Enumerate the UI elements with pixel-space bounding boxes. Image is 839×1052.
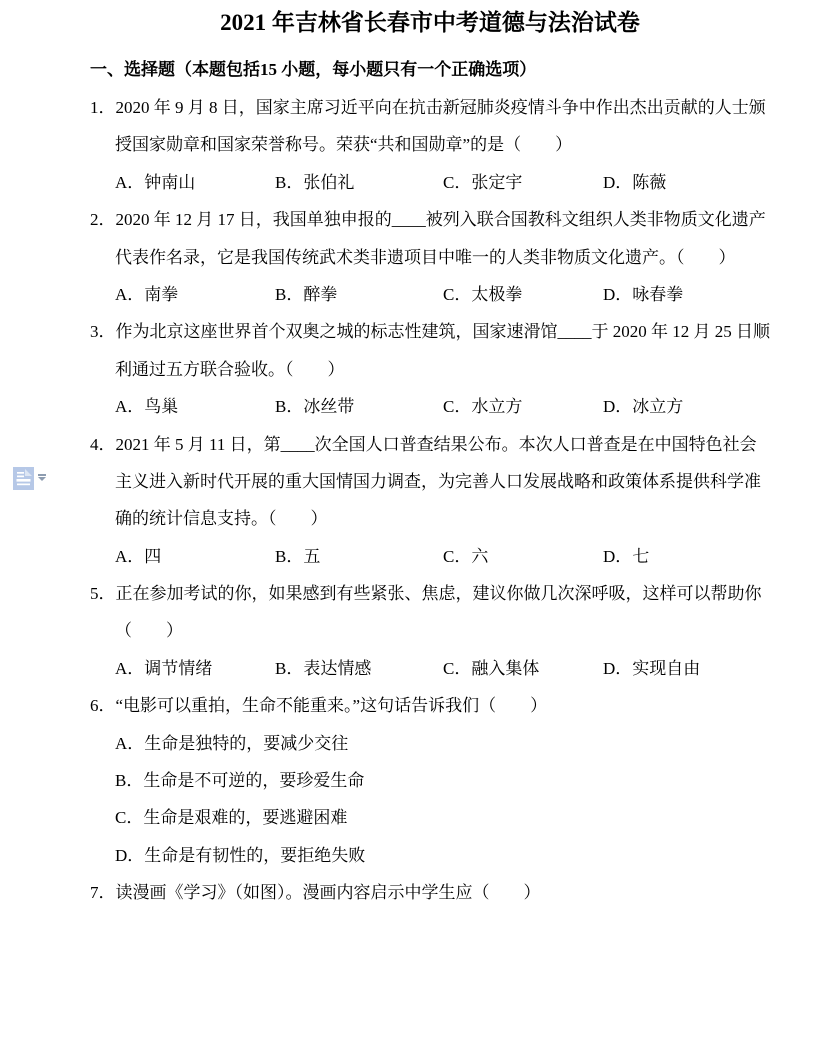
question-4-text: 2021 年 5 月 11 日，第____次全国人口普查结果公布。本次人口普查是… [116,435,757,454]
question-2-line-1: 2．2020 年 12 月 17 日，我国单独申报的____被列入联合国教科文组… [90,201,770,238]
question-6-option-d: D．生命是有韧性的，要拒绝失败 [90,837,770,874]
question-4-options: A．四 B．五 C．六 D．七 [90,538,770,575]
question-2-number: 2． [90,210,116,229]
question-2-options: A．南拳 B．醉拳 C．太极拳 D．咏春拳 [90,276,770,313]
question-6-option-a: A．生命是独特的，要减少交往 [90,725,770,762]
question-4-line-2: 主义进入新时代开展的重大国情国力调查，为完善人口发展战略和政策体系提供科学准 [90,463,770,500]
question-2-option-a: A．南拳 [115,276,275,313]
question-3-option-a: A．鸟巢 [115,388,275,425]
question-4-option-d: D．七 [603,538,770,575]
question-4-number: 4． [90,435,116,454]
question-1-option-d: D．陈薇 [603,164,770,201]
question-5-option-b: B．表达情感 [275,650,443,687]
question-5-number: 5． [90,584,116,603]
page-title: 2021 年吉林省长春市中考道德与法治试卷 [90,8,770,38]
question-6-option-b: B．生命是不可逆的，要珍爱生命 [90,762,770,799]
question-4-line-1: 4．2021 年 5 月 11 日，第____次全国人口普查结果公布。本次人口普… [90,426,770,463]
question-4-option-c: C．六 [443,538,603,575]
question-7-text: 读漫画《学习》（如图）。漫画内容启示中学生应（ ） [116,883,541,902]
question-2-line-2: 代表作名录，它是我国传统武术类非遗项目中唯一的人类非物质文化遗产。（ ） [90,239,770,276]
question-6-line-1: 6．“电影可以重拍，生命不能重来。”这句话告诉我们（ ） [90,687,770,724]
question-7-line-1: 7．读漫画《学习》（如图）。漫画内容启示中学生应（ ） [90,874,770,911]
question-3-line-2: 利通过五方联合验收。（ ） [90,351,770,388]
question-list: 1．2020 年 9 月 8 日，国家主席习近平向在抗击新冠肺炎疫情斗争中作出杰… [90,89,770,912]
question-5-option-a: A．调节情绪 [115,650,275,687]
question-3-text: 作为北京这座世界首个双奥之城的标志性建筑，国家速滑馆____于 2020 年 1… [116,322,771,341]
paste-document-icon [13,467,34,490]
question-2: 2．2020 年 12 月 17 日，我国单独申报的____被列入联合国教科文组… [90,201,770,313]
question-6-number: 6． [90,696,116,715]
question-5-options: A．调节情绪 B．表达情感 C．融入集体 D．实现自由 [90,650,770,687]
question-1-text: 2020 年 9 月 8 日，国家主席习近平向在抗击新冠肺炎疫情斗争中作出杰出贡… [116,98,766,117]
question-5-option-c: C．融入集体 [443,650,603,687]
question-1-line-2: 授国家勋章和国家荣誉称号。荣获“共和国勋章”的是（ ） [90,126,770,163]
question-5-line-2: （ ） [90,612,770,649]
question-2-option-b: B．醉拳 [275,276,443,313]
question-4-option-b: B．五 [275,538,443,575]
question-5-line-1: 5．正在参加考试的你，如果感到有些紧张、焦虑，建议你做几次深呼吸，这样可以帮助你 [90,575,770,612]
question-3-number: 3． [90,322,116,341]
question-5-option-d: D．实现自由 [603,650,770,687]
question-7: 7．读漫画《学习》（如图）。漫画内容启示中学生应（ ） [90,874,770,911]
question-1-number: 1． [90,98,116,117]
question-6-text: “电影可以重拍，生命不能重来。”这句话告诉我们（ ） [116,696,548,715]
question-5: 5．正在参加考试的你，如果感到有些紧张、焦虑，建议你做几次深呼吸，这样可以帮助你… [90,575,770,687]
question-6-option-c: C．生命是艰难的，要逃避困难 [90,799,770,836]
document-body: 2021 年吉林省长春市中考道德与法治试卷 一、选择题（本题包括15 小题，每小… [90,0,770,912]
chevron-down-icon[interactable] [38,474,46,481]
question-3: 3．作为北京这座世界首个双奥之城的标志性建筑，国家速滑馆____于 2020 年… [90,313,770,425]
question-1-line-1: 1．2020 年 9 月 8 日，国家主席习近平向在抗击新冠肺炎疫情斗争中作出杰… [90,89,770,126]
section-heading: 一、选择题（本题包括15 小题，每小题只有一个正确选项） [90,58,770,82]
question-2-option-c: C．太极拳 [443,276,603,313]
question-7-number: 7． [90,883,116,902]
question-2-text: 2020 年 12 月 17 日，我国单独申报的____被列入联合国教科文组织人… [116,210,766,229]
question-6: 6．“电影可以重拍，生命不能重来。”这句话告诉我们（ ） A．生命是独特的，要减… [90,687,770,874]
question-4: 4．2021 年 5 月 11 日，第____次全国人口普查结果公布。本次人口普… [90,426,770,576]
question-1: 1．2020 年 9 月 8 日，国家主席习近平向在抗击新冠肺炎疫情斗争中作出杰… [90,89,770,201]
question-2-option-d: D．咏春拳 [603,276,770,313]
question-3-option-c: C．水立方 [443,388,603,425]
question-1-option-c: C．张定宇 [443,164,603,201]
question-5-text: 正在参加考试的你，如果感到有些紧张、焦虑，建议你做几次深呼吸，这样可以帮助你 [116,584,762,603]
question-4-option-a: A．四 [115,538,275,575]
question-1-option-a: A．钟南山 [115,164,275,201]
question-4-line-3: 确的统计信息支持。（ ） [90,500,770,537]
question-3-option-d: D．冰立方 [603,388,770,425]
paste-options-button[interactable] [13,467,46,490]
question-3-options: A．鸟巢 B．冰丝带 C．水立方 D．冰立方 [90,388,770,425]
question-3-option-b: B．冰丝带 [275,388,443,425]
question-1-options: A．钟南山 B．张伯礼 C．张定宇 D．陈薇 [90,164,770,201]
question-1-option-b: B．张伯礼 [275,164,443,201]
question-3-line-1: 3．作为北京这座世界首个双奥之城的标志性建筑，国家速滑馆____于 2020 年… [90,313,770,350]
